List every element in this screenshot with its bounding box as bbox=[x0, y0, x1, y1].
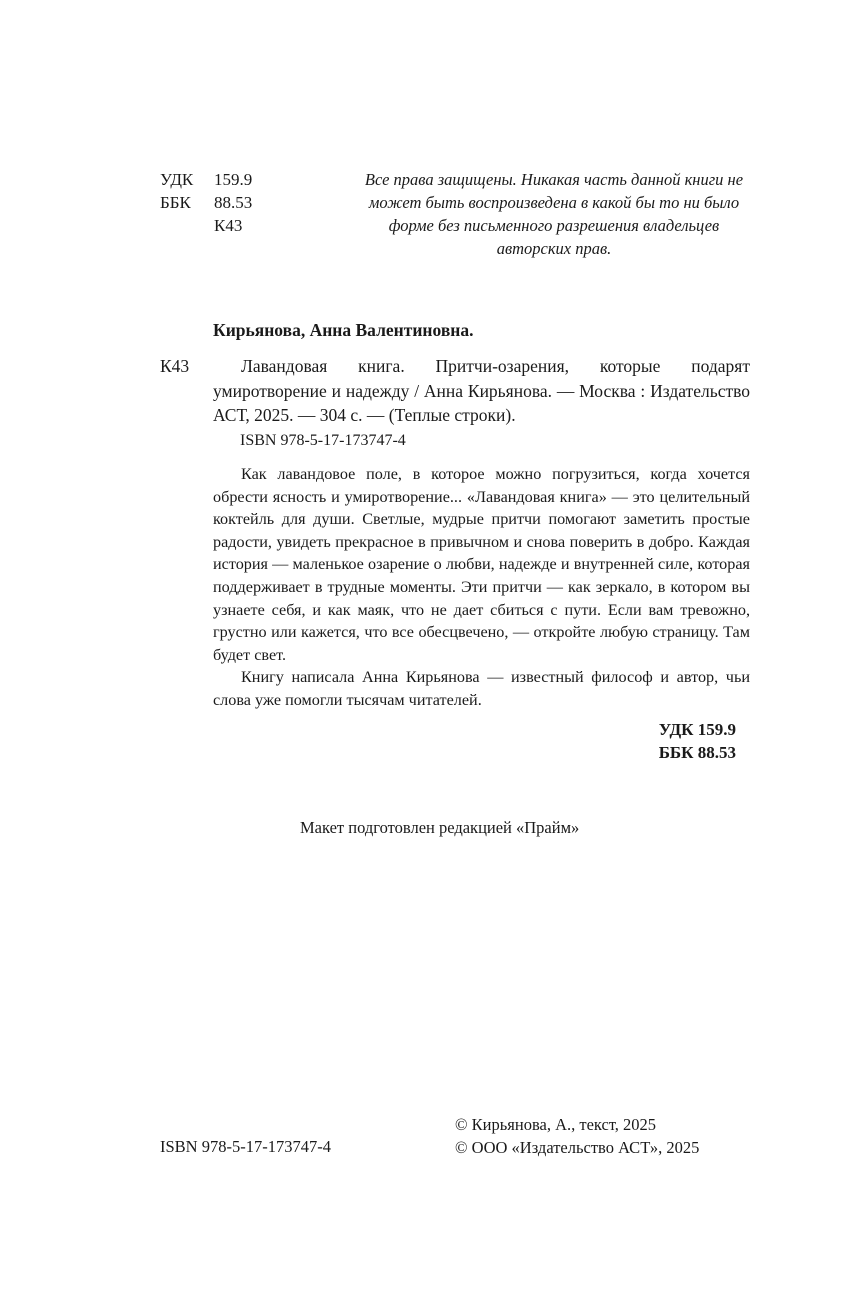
udk-label: УДК bbox=[160, 168, 214, 191]
rights-notice: Все права защищены. Никакая часть данной… bbox=[358, 168, 750, 260]
author-mark: К43 bbox=[214, 214, 242, 237]
udk-value: 159.9 bbox=[214, 168, 252, 191]
bbk-label: ББК bbox=[160, 191, 214, 214]
catalog-isbn: ISBN 978-5-17-173747-4 bbox=[240, 430, 406, 452]
catalog-description: Лавандовая книга. Притчи-озарения, котор… bbox=[213, 354, 750, 428]
author-mark-row: К43 bbox=[160, 214, 252, 237]
udk-bold: УДК 159.9 bbox=[659, 718, 736, 741]
classification-block: УДК 159.9 ББК 88.53 К43 bbox=[160, 168, 252, 237]
annotation-paragraph: Книгу написала Анна Кирьянова — известны… bbox=[213, 666, 750, 711]
classification-bold: УДК 159.9 ББК 88.53 bbox=[659, 718, 736, 764]
author-heading: Кирьянова, Анна Валентиновна. bbox=[213, 318, 473, 342]
annotation: Как лавандовое поле, в которое можно пог… bbox=[213, 463, 750, 712]
bbk-bold: ББК 88.53 bbox=[659, 741, 736, 764]
copyright-publisher: © ООО «Издательство АСТ», 2025 bbox=[455, 1137, 699, 1160]
footer-isbn: ISBN 978-5-17-173747-4 bbox=[160, 1136, 331, 1158]
bbk-row: ББК 88.53 bbox=[160, 191, 252, 214]
copyright-block: © Кирьянова, А., текст, 2025 © ООО «Изда… bbox=[455, 1114, 699, 1159]
annotation-paragraph: Как лавандовое поле, в которое можно пог… bbox=[213, 463, 750, 666]
udk-row: УДК 159.9 bbox=[160, 168, 252, 191]
catalog-author-mark: К43 bbox=[160, 354, 189, 378]
layout-note: Макет подготовлен редакцией «Прайм» bbox=[300, 817, 579, 839]
bbk-value: 88.53 bbox=[214, 191, 252, 214]
copyright-author: © Кирьянова, А., текст, 2025 bbox=[455, 1114, 699, 1137]
